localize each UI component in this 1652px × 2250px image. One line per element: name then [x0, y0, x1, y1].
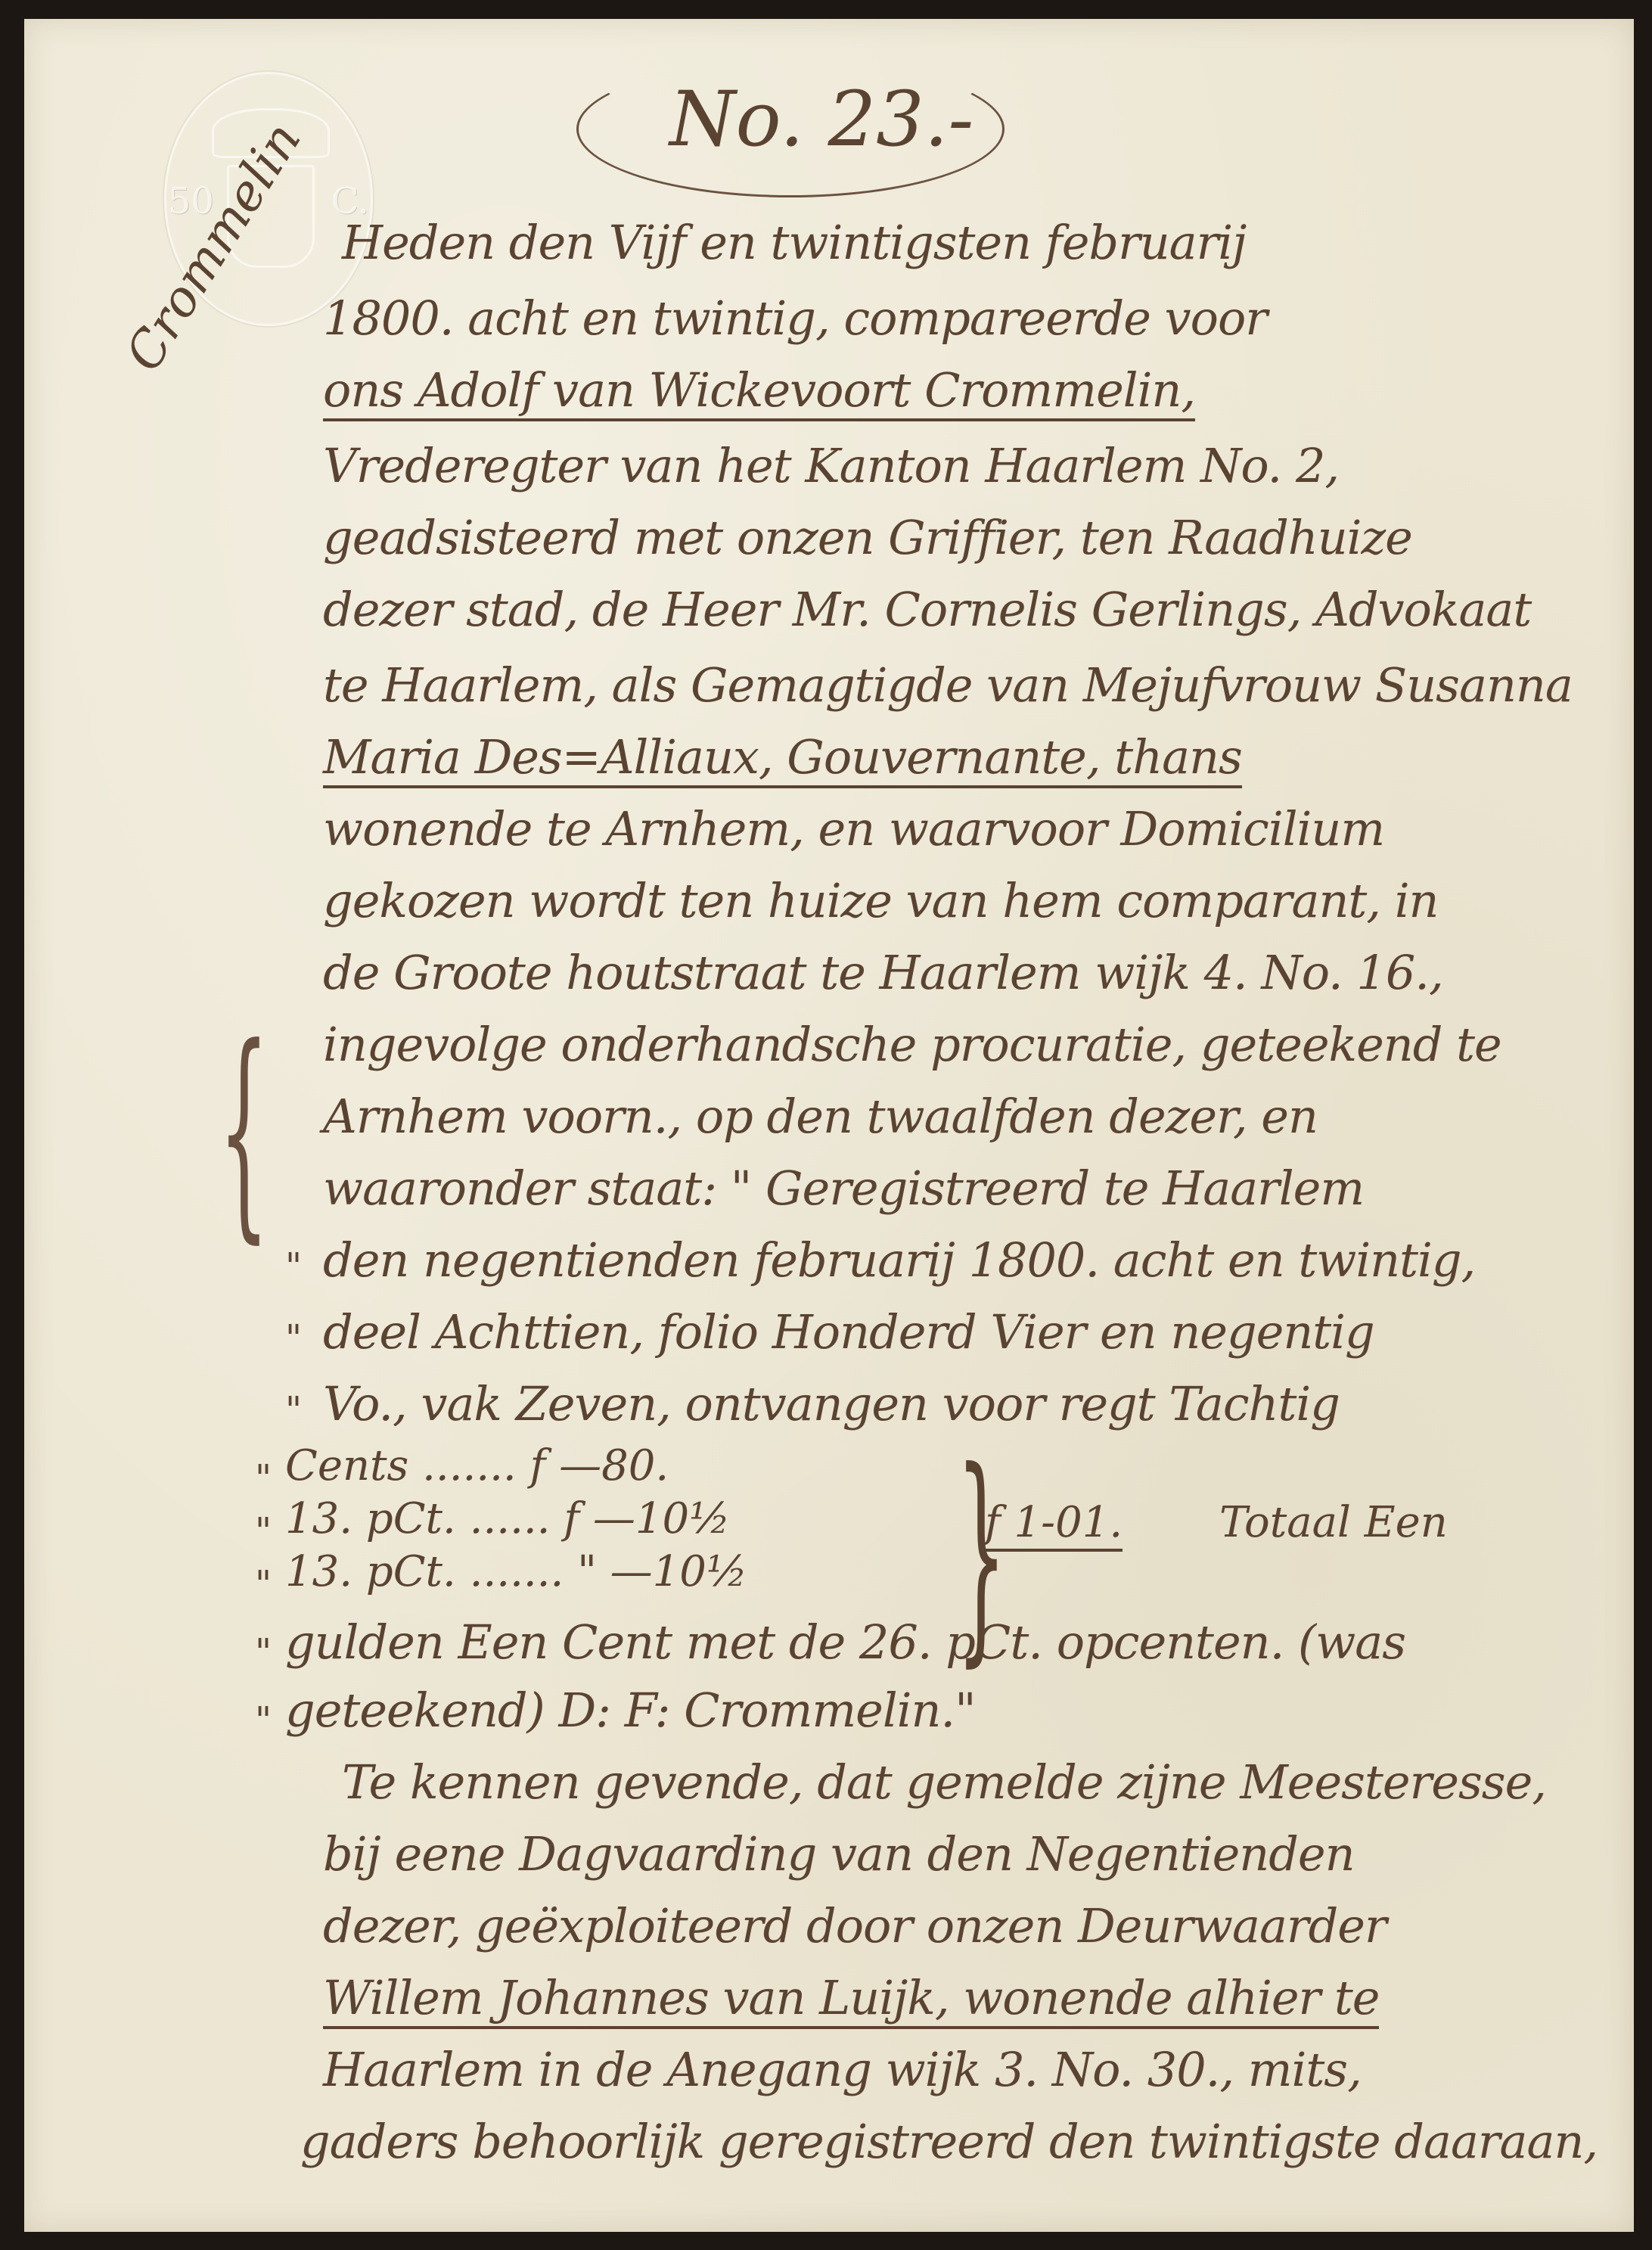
quote-mark: "	[285, 1320, 302, 1357]
text-line: Haarlem in de Anegang wijk 3. No. 30., m…	[323, 2046, 1362, 2093]
document-page: 50 C. No. 23.- Crommelin { Heden den Vij…	[24, 19, 1634, 2232]
acct-amount: —10½	[610, 1547, 748, 1596]
text-line: Heden den Vijf en twintigsten februarij	[342, 219, 1246, 266]
quote-mark: "	[255, 1513, 272, 1549]
accounting-row: Cents ....... f —80.	[285, 1445, 669, 1487]
text-line: Vrederegter van het Kanton Haarlem No. 2…	[323, 443, 1339, 489]
text-line: den negentienden februarij 1800. acht en…	[323, 1237, 1475, 1284]
text-line: bij eene Dagvaarding van den Negentiende…	[323, 1831, 1355, 1878]
text-line: gulden Een Cent met de 26. pCt. opcenten…	[285, 1619, 1405, 1666]
accounting-total: f 1-01.	[985, 1502, 1123, 1552]
text-line: dezer, geëxploiteerd door onzen Deurwaar…	[323, 1903, 1386, 1950]
text-line: wonende te Arnhem, en waarvoor Domiciliu…	[323, 806, 1384, 853]
text-line: gaders behoorlijk geregistreerd den twin…	[300, 2118, 1598, 2165]
acct-amount: —10½	[593, 1494, 731, 1543]
text-line: gekozen wordt ten huize van hem comparan…	[323, 878, 1438, 925]
text-line: ons Adolf van Wickevoort Crommelin,	[323, 367, 1195, 421]
acct-dots: .......	[422, 1441, 517, 1490]
document-number-cartouche: No. 23.-	[576, 61, 1005, 197]
acct-dots: .......	[470, 1547, 564, 1596]
text-line: geteekend) D: F: Crommelin."	[285, 1687, 976, 1734]
text-line: dezer stad, de Heer Mr. Cornelis Gerling…	[323, 586, 1531, 633]
text-line: Vo., vak Zeven, ontvangen voor regt Tach…	[323, 1381, 1340, 1428]
accounting-row: 13. pCt. ....... " —10½	[285, 1551, 747, 1593]
quote-mark: "	[255, 1460, 272, 1496]
text-line: Arnhem voorn., op den twaalfden dezer, e…	[323, 1093, 1318, 1140]
text-line: ingevolge onderhandsche procuratie, gete…	[323, 1021, 1501, 1068]
text-line: 1800. acht en twintig, compareerde voor	[323, 295, 1267, 342]
acct-currency: f	[530, 1441, 546, 1490]
acct-currency: f	[564, 1494, 579, 1543]
quote-mark: "	[255, 1566, 272, 1602]
acct-label: 13. pCt.	[285, 1494, 456, 1543]
acct-label: Cents	[285, 1441, 408, 1490]
acct-label: 13. pCt.	[285, 1547, 456, 1596]
quote-mark: "	[255, 1702, 272, 1739]
text-line: de Groote houtstraat te Haarlem wijk 4. …	[323, 949, 1443, 996]
quote-mark: "	[255, 1634, 272, 1670]
margin-brace-icon: {	[219, 1018, 269, 1245]
text-line: te Haarlem, als Gemagtigde van Mejufvrou…	[323, 662, 1573, 709]
accounting-total-words: Totaal Een	[1219, 1502, 1448, 1544]
text-line: Te kennen gevende, dat gemelde zijne Mee…	[342, 1759, 1546, 1806]
acct-currency: "	[577, 1547, 597, 1596]
quote-mark: "	[285, 1392, 302, 1428]
document-number: No. 23.-	[669, 82, 973, 157]
acct-dots: ......	[470, 1494, 551, 1543]
quote-mark: "	[285, 1248, 302, 1285]
text-line: Willem Johannes van Luijk, wonende alhie…	[323, 1975, 1379, 2029]
text-line: Maria Des=Alliaux, Gouvernante, thans	[323, 734, 1242, 788]
acct-amount: —80.	[559, 1441, 669, 1490]
text-line: waaronder staat: " Geregistreerd te Haar…	[323, 1165, 1364, 1212]
accounting-row: 13. pCt. ...... f —10½	[285, 1498, 730, 1540]
text-line: deel Achttien, folio Honderd Vier en neg…	[323, 1309, 1374, 1356]
text-line: geadsisteerd met onzen Griffier, ten Raa…	[323, 514, 1412, 561]
